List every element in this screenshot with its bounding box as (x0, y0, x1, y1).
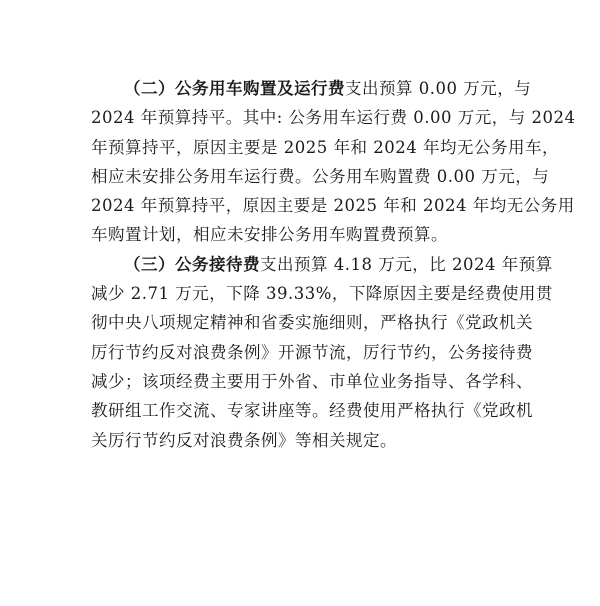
paragraph-line: 关厉行节约反对浪费条例》等相关规定。 (91, 426, 509, 455)
paragraph-line: 彻中央八项规定精神和省委实施细则，严格执行《党政机关 (91, 308, 509, 337)
section-heading: （三）公务接待费 (124, 255, 260, 274)
paragraph-line: 相应未安排公务用车运行费。公务用车购置费 0.00 万元，与 (91, 162, 509, 191)
paragraph-line: 2024 年预算持平，原因主要是 2025 年和 2024 年均无公务用 (91, 191, 509, 220)
text-span: 支出预算 0.00 万元，与 (345, 79, 531, 98)
document-page: （二）公务用车购置及运行费支出预算 0.00 万元，与 2024 年预算持平。其… (91, 74, 509, 455)
section-vehicle-expenses: （二）公务用车购置及运行费支出预算 0.00 万元，与 2024 年预算持平。其… (91, 74, 509, 250)
text-span: 支出预算 4.18 万元，比 2024 年预算 (260, 255, 553, 274)
paragraph-line: （二）公务用车购置及运行费支出预算 0.00 万元，与 (91, 74, 509, 103)
paragraph-line: 教研组工作交流、专家讲座等。经费使用严格执行《党政机 (91, 396, 509, 425)
paragraph-line: 减少；该项经费主要用于外省、市单位业务指导、各学科、 (91, 367, 509, 396)
paragraph-line: 2024 年预算持平。其中: 公务用车运行费 0.00 万元，与 2024 (91, 103, 509, 132)
paragraph-line: 厉行节约反对浪费条例》开源节流，厉行节约，公务接待费 (91, 338, 509, 367)
paragraph-line: （三）公务接待费支出预算 4.18 万元，比 2024 年预算 (91, 250, 509, 279)
paragraph-line: 车购置计划，相应未安排公务用车购置费预算。 (91, 220, 509, 249)
paragraph-line: 年预算持平，原因主要是 2025 年和 2024 年均无公务用车， (91, 133, 509, 162)
section-heading: （二）公务用车购置及运行费 (124, 79, 345, 98)
paragraph-line: 减少 2.71 万元，下降 39.33%，下降原因主要是经费使用贯 (91, 279, 509, 308)
section-reception-expenses: （三）公务接待费支出预算 4.18 万元，比 2024 年预算 减少 2.71 … (91, 250, 509, 455)
